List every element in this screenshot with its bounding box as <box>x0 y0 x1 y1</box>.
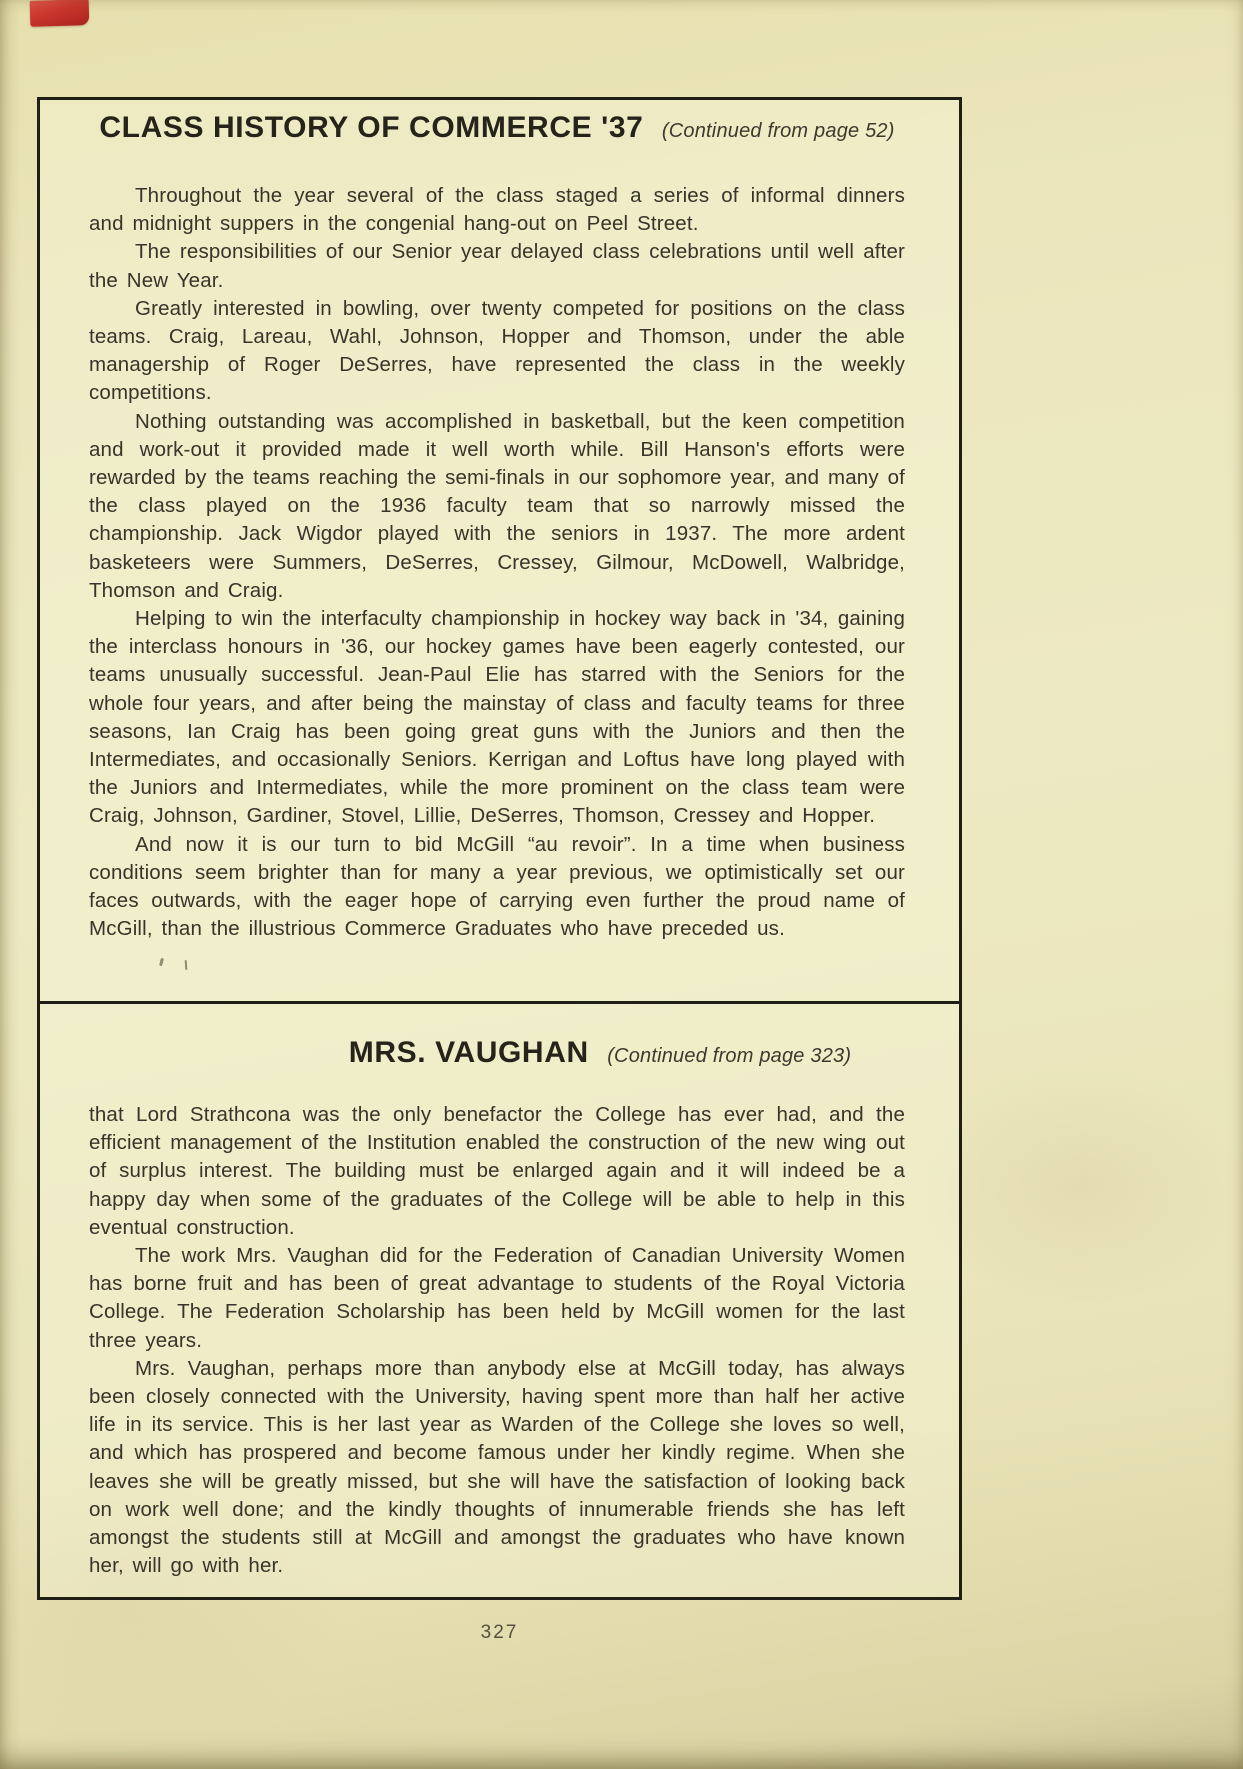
page-number: 327 <box>37 1622 962 1644</box>
paragraph: Helping to win the interfaculty champion… <box>89 605 905 831</box>
continuation-note: (Continued from page 323) <box>607 1045 851 1067</box>
paragraph: that Lord Strathcona was the only benefa… <box>89 1101 905 1242</box>
section-heading-row: MRS. VAUGHAN (Continued from page 323) <box>89 1036 905 1070</box>
page-frame: CLASS HISTORY OF COMMERCE '37 (Continued… <box>37 97 962 1600</box>
paragraph: And now it is our turn to bid McGill “au… <box>89 831 905 944</box>
red-ink-mark <box>30 0 90 27</box>
paragraph: The work Mrs. Vaughan did for the Federa… <box>89 1242 905 1355</box>
paragraph: Greatly interested in bowling, over twen… <box>89 295 905 408</box>
section-title: CLASS HISTORY OF COMMERCE '37 <box>99 111 643 144</box>
paragraph: The responsibilities of our Senior year … <box>89 238 905 294</box>
section-body: Throughout the year several of the class… <box>89 182 905 943</box>
section-title: MRS. VAUGHAN <box>349 1036 589 1069</box>
section-heading-row: CLASS HISTORY OF COMMERCE '37 (Continued… <box>89 111 905 145</box>
continuation-note: (Continued from page 52) <box>662 120 895 142</box>
section-commerce-history: CLASS HISTORY OF COMMERCE '37 (Continued… <box>40 111 959 1001</box>
paragraph: Throughout the year several of the class… <box>89 182 905 238</box>
paragraph: Nothing outstanding was accomplished in … <box>89 408 905 605</box>
section-body: that Lord Strathcona was the only benefa… <box>89 1101 905 1580</box>
yearbook-page: { "page": { "page_number": "327" }, "col… <box>0 0 1243 1769</box>
section-mrs-vaughan: MRS. VAUGHAN (Continued from page 323) t… <box>40 1001 959 1608</box>
paragraph: Mrs. Vaughan, perhaps more than anybody … <box>89 1355 905 1581</box>
